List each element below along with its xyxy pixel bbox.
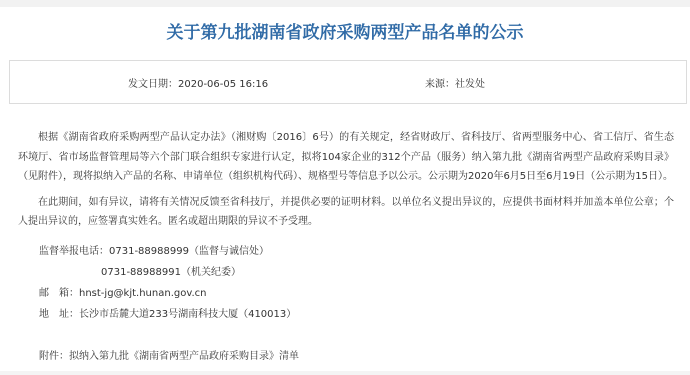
email-label: 邮 箱：: [39, 283, 79, 304]
article-body: 根据《湖南省政府采购两型产品认定办法》（湘财购〔2016〕6号）的有关规定，经省…: [18, 128, 674, 232]
email-value: hnst-jg@kjt.hunan.gov.cn: [79, 288, 207, 299]
address-label: 地 址：: [39, 304, 79, 325]
source-value: 社发处: [455, 79, 485, 90]
publish-date: 发文日期：2020-06-05 16:16: [128, 75, 268, 90]
contact-info: 监督举报电话：0731-88988999（监督与诚信处） 0731-889889…: [39, 241, 296, 325]
bottom-bar: [0, 371, 690, 375]
phone-label: 监督举报电话：: [39, 241, 109, 262]
body-paragraph: 在此期间，如有异议，请将有关情况反馈至省科技厅，并提供必要的证明材料。以单位名义…: [18, 193, 674, 232]
phone-value-1: 0731-88988999（监督与诚信处）: [109, 246, 269, 257]
page-title: 关于第九批湖南省政府采购两型产品名单的公示: [0, 20, 690, 46]
phone-value-2: 0731-88988991（机关纪委）: [101, 267, 241, 278]
phone-row-2: 0731-88988991（机关纪委）: [39, 262, 296, 283]
top-bar: [0, 0, 690, 7]
article-source: 来源：社发处: [425, 75, 485, 90]
publish-date-label: 发文日期：: [128, 79, 178, 90]
email-row: 邮 箱：hnst-jg@kjt.hunan.gov.cn: [39, 283, 296, 304]
body-paragraph: 根据《湖南省政府采购两型产品认定办法》（湘财购〔2016〕6号）的有关规定，经省…: [18, 128, 674, 187]
article-meta-box: 发文日期：2020-06-05 16:16 来源：社发处: [9, 60, 687, 104]
attachment-label: 附件：: [39, 351, 69, 362]
phone-row: 监督举报电话：0731-88988999（监督与诚信处）: [39, 241, 296, 262]
source-label: 来源：: [425, 79, 455, 90]
address-row: 地 址：长沙市岳麓大道233号湖南科技大厦（410013）: [39, 304, 296, 325]
attachment-row: 附件：拟纳入第九批《湖南省两型产品政府采购目录》清单: [39, 347, 299, 362]
address-value: 长沙市岳麓大道233号湖南科技大厦（410013）: [79, 309, 296, 320]
publish-date-value: 2020-06-05 16:16: [178, 79, 268, 90]
attachment-link[interactable]: 拟纳入第九批《湖南省两型产品政府采购目录》清单: [69, 351, 299, 362]
